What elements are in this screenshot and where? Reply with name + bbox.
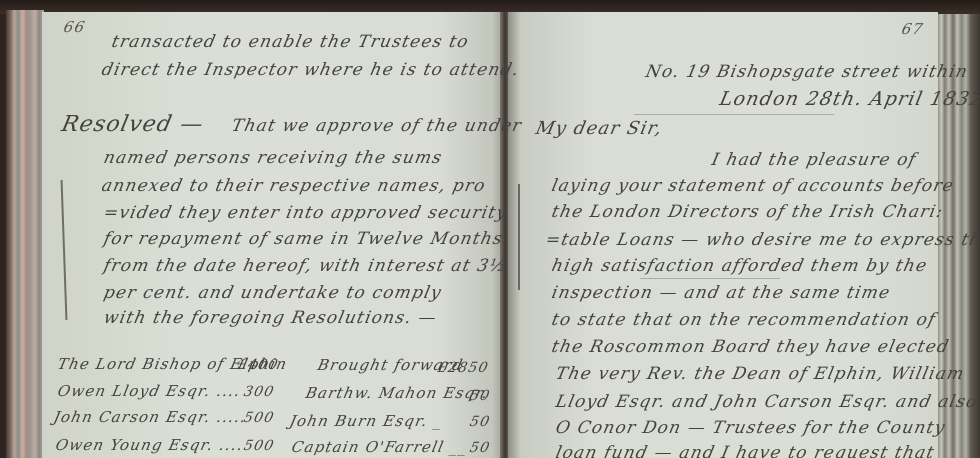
text-line: the London Directors of the Irish Chari: [550,202,945,222]
text-line: =vided they enter into approved security [102,203,509,223]
text-line: loan fund — and I have to request that [554,443,937,458]
right-page-number: 67 [900,20,925,38]
ledger-name: Barthw. Mahon Esqr. [304,384,490,402]
text-line: high satisfaction afforded them by the [550,256,930,276]
resolved-label: Resolved — [59,112,206,137]
text-line: to state that on the recommendation of [550,310,938,330]
address-line: No. 19 Bishopsgate street within [644,62,970,82]
text-line: per cent. and undertake to comply [102,283,444,303]
ledger-name: John Burn Esqr. _ [288,412,444,430]
text-line: =table Loans — who desire me to express … [544,230,980,250]
text-line: direct the Inspector where he is to atte… [100,60,522,80]
left-page-number: 66 [62,18,87,36]
salutation: My dear Sir, [534,118,665,139]
dateline: London 28th. April 1832. [718,88,980,110]
ledger-name: Owen Young Esqr. .... [54,436,245,454]
text-line: O Conor Don — Trustees for the County [554,418,948,438]
ledger-name: John Carson Esqr. ..... [52,408,248,426]
ledger-name: Captain O'Farrell __ [290,438,469,456]
text-line: the Roscommon Board they have elected [550,337,951,357]
dateline-underline [634,114,834,115]
ledger-amount: 500 [242,438,276,454]
text-line: laying your statement of accounts before [550,176,956,196]
ledger-amount: 50 [468,440,492,456]
text-line: I had the pleasure of [710,150,919,170]
text-line: inspection — and at the same time [550,283,893,303]
ledger-amount: 500 [242,410,276,426]
ledger-name: Owen Lloyd Esqr. .... [56,382,242,400]
text-line: transacted to enable the Trustees to [110,32,471,52]
text-line: with the foregoing Resolutions. — [102,308,439,328]
text-line: named persons receiving the sums [102,148,445,168]
resolved-text: That we approve of the under [230,116,524,136]
ledger-amount: £400 [236,357,280,373]
text-line: Lloyd Esqr. and John Carson Esqr. and al… [554,392,980,412]
text-line: from the date hereof, with interest at 3… [102,256,509,276]
margin-bracket [518,184,520,290]
text-line: The very Rev. the Dean of Elphin, Willia… [554,364,967,384]
ledger-amount: 50 [468,388,492,404]
text-line: annexed to their respective names, pro [100,176,488,196]
ledger-amount: 50 [468,414,492,430]
text-underline [640,278,780,279]
text-line: for repayment of same in Twelve Months [102,229,505,249]
left-page-edges [6,10,44,458]
ledger-amount: £2850 [436,360,490,376]
ledger-amount: 300 [242,384,276,400]
